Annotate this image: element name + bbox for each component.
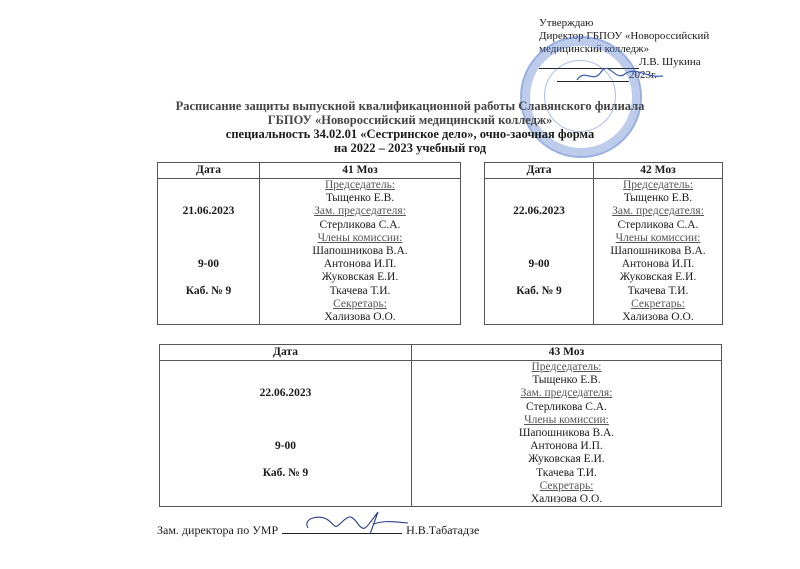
commission-cell: Председатель: Тыщенко Е.В. Зам. председа… xyxy=(260,179,461,325)
defense-room: Каб. № 9 xyxy=(158,285,259,298)
chair-label: Председатель: xyxy=(260,179,460,192)
member-name: Антонова И.П. xyxy=(594,258,722,271)
footer-name: Н.В.Табатадзе xyxy=(406,523,479,537)
defense-time: 9-00 xyxy=(160,440,411,453)
approval-date-line: 2023г. xyxy=(539,69,799,82)
table-row: 21.06.2023 9-00 Каб. № 9 Председатель: Т… xyxy=(158,179,461,325)
header-group: 43 Моз xyxy=(412,345,722,361)
chair-label: Председатель: xyxy=(594,179,722,192)
member-name: Ткачева Т.И. xyxy=(260,285,460,298)
commission-cell: Председатель: Тыщенко Е.В. Зам. председа… xyxy=(594,179,723,325)
date-cell: 21.06.2023 9-00 Каб. № 9 xyxy=(158,179,260,325)
member-name: Шапошникова В.А. xyxy=(594,245,722,258)
secretary-name: Хализова О.О. xyxy=(594,311,722,324)
commission-cell: Председатель: Тыщенко Е.В. Зам. председа… xyxy=(412,361,722,507)
members-label: Члены комиссии: xyxy=(260,232,460,245)
footer-signature-block: Зам. директора по УМРН.В.Табатадзе xyxy=(157,523,479,538)
member-name: Жуковская Е.И. xyxy=(594,271,722,284)
date-blank xyxy=(557,71,629,82)
header-date: Дата xyxy=(485,163,594,179)
schedule-table-43: Дата 43 Моз 22.06.2023 9-00 Каб. № 9 Пре… xyxy=(159,344,722,507)
vice-chair-label: Зам. председателя: xyxy=(260,205,460,218)
header-group: 42 Моз xyxy=(594,163,723,179)
defense-time: 9-00 xyxy=(158,258,259,271)
member-name: Антонова И.П. xyxy=(260,258,460,271)
secretary-name: Хализова О.О. xyxy=(260,311,460,324)
vice-chair-name: Стерликова С.А. xyxy=(412,401,721,414)
table-header-row: Дата 43 Моз xyxy=(160,345,722,361)
approval-block: Утверждаю Директор ГБПОУ «Новороссийский… xyxy=(539,17,799,82)
vice-chair-name: Стерликова С.А. xyxy=(260,219,460,232)
defense-date: 21.06.2023 xyxy=(158,205,259,218)
approval-signature-line: Л.В. Шукина xyxy=(539,56,799,69)
signature-blank xyxy=(539,58,639,69)
chair-name: Тыщенко Е.В. xyxy=(260,192,460,205)
members-label: Члены комиссии: xyxy=(594,232,722,245)
table-row: 22.06.2023 9-00 Каб. № 9 Председатель: Т… xyxy=(485,179,723,325)
defense-time: 9-00 xyxy=(485,258,593,271)
defense-date: 22.06.2023 xyxy=(485,205,593,218)
chair-name: Тыщенко Е.В. xyxy=(412,374,721,387)
member-name: Антонова И.П. xyxy=(412,440,721,453)
header-date: Дата xyxy=(160,345,412,361)
document-title: Расписание защиты выпускной квалификацио… xyxy=(100,99,720,155)
header-date: Дата xyxy=(158,163,260,179)
member-name: Ткачева Т.И. xyxy=(412,467,721,480)
approval-college: медицинский колледж» xyxy=(539,43,799,56)
member-name: Жуковская Е.И. xyxy=(412,453,721,466)
member-name: Жуковская Е.И. xyxy=(260,271,460,284)
secretary-label: Секретарь: xyxy=(594,298,722,311)
title-line-4: на 2022 – 2023 учебный год xyxy=(100,141,720,155)
member-name: Ткачева Т.И. xyxy=(594,285,722,298)
member-name: Шапошникова В.А. xyxy=(260,245,460,258)
approval-year: 2023г. xyxy=(629,69,657,81)
approval-signatory: Л.В. Шукина xyxy=(639,56,701,68)
title-line-2: ГБПОУ «Новороссийский медицинский коллед… xyxy=(100,113,720,127)
secretary-label: Секретарь: xyxy=(412,480,721,493)
table-header-row: Дата 41 Моз xyxy=(158,163,461,179)
schedule-table-42: Дата 42 Моз 22.06.2023 9-00 Каб. № 9 Пре… xyxy=(484,162,723,325)
schedule-table-41: Дата 41 Моз 21.06.2023 9-00 Каб. № 9 Пре… xyxy=(157,162,461,325)
chair-label: Председатель: xyxy=(412,361,721,374)
chair-name: Тыщенко Е.В. xyxy=(594,192,722,205)
table-header-row: Дата 42 Моз xyxy=(485,163,723,179)
table-row: 22.06.2023 9-00 Каб. № 9 Председатель: Т… xyxy=(160,361,722,507)
date-cell: 22.06.2023 9-00 Каб. № 9 xyxy=(160,361,412,507)
approval-position: Директор ГБПОУ «Новороссийский xyxy=(539,30,799,43)
vice-chair-label: Зам. председателя: xyxy=(594,205,722,218)
defense-room: Каб. № 9 xyxy=(160,467,411,480)
date-cell: 22.06.2023 9-00 Каб. № 9 xyxy=(485,179,594,325)
secretary-label: Секретарь: xyxy=(260,298,460,311)
signature-blank xyxy=(282,523,402,534)
members-label: Члены комиссии: xyxy=(412,414,721,427)
title-line-3: специальность 34.02.01 «Сестринское дело… xyxy=(100,127,720,141)
approval-heading: Утверждаю xyxy=(539,17,799,30)
defense-room: Каб. № 9 xyxy=(485,285,593,298)
defense-date: 22.06.2023 xyxy=(160,387,411,400)
vice-chair-name: Стерликова С.А. xyxy=(594,219,722,232)
footer-position: Зам. директора по УМР xyxy=(157,523,278,537)
vice-chair-label: Зам. председателя: xyxy=(412,387,721,400)
secretary-name: Хализова О.О. xyxy=(412,493,721,506)
title-line-1: Расписание защиты выпускной квалификацио… xyxy=(100,99,720,113)
header-group: 41 Моз xyxy=(260,163,461,179)
member-name: Шапошникова В.А. xyxy=(412,427,721,440)
